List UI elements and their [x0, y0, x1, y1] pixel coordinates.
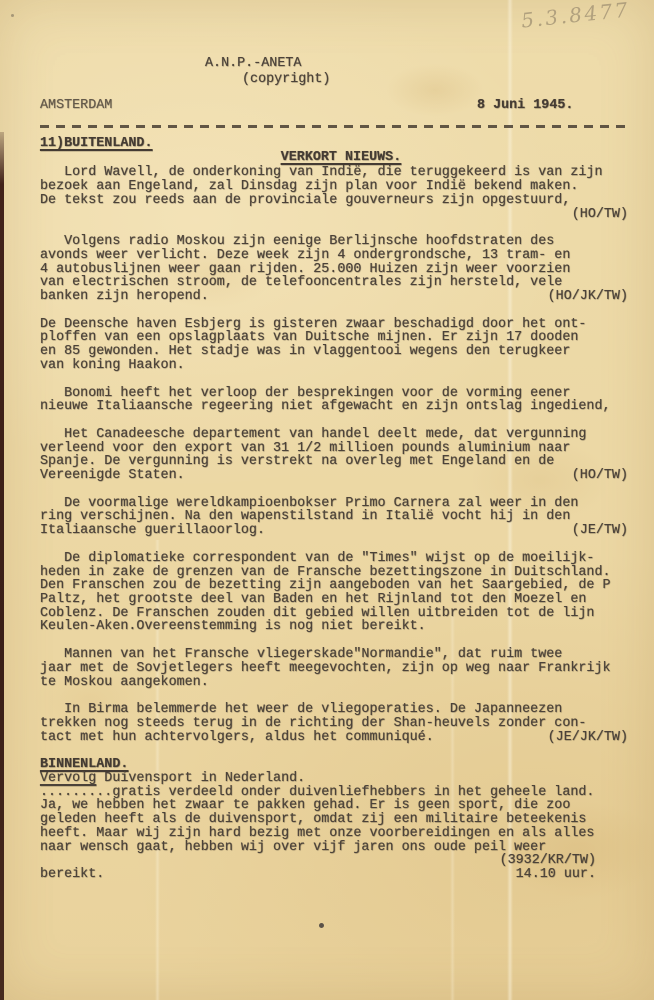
- text-line: trekken nog steeds terug in de richting …: [40, 717, 628, 731]
- source-sign: (HO/TW): [572, 469, 628, 483]
- text-line: Het Canadeesche departement van handel d…: [40, 428, 628, 442]
- text-line: banken zijn heropend.(HO/JK/TW): [40, 290, 628, 304]
- text-line: geleden heeft als de duivensport, omdat …: [40, 813, 628, 827]
- text-line: 4 autobuslijnen weer gaan rijden. 25.000…: [40, 263, 628, 277]
- text-line: Ja, we hebben het zwaar te pakken gehad.…: [40, 799, 628, 813]
- article-subheading: Vervolg Duivensport in Nederland.: [40, 772, 628, 786]
- bulletin-title: VERKORT NIEUWS.: [40, 151, 628, 165]
- news-paragraphs: Lord Wavell, de onderkoning van Indië, d…: [40, 166, 628, 744]
- paper-speck: [11, 14, 14, 17]
- text-line: De diplomatieke correspondent van de "Ti…: [40, 552, 628, 566]
- text-line: tact met hun achtervolgers, aldus het co…: [40, 731, 628, 745]
- text-line: De Deensche haven Esbjerg is gisteren zw…: [40, 318, 628, 332]
- text-line: Italiaansche guerillaoorlog.(JE/TW): [40, 524, 628, 538]
- text: banken zijn heropend.: [40, 290, 209, 304]
- news-paragraph: De Deensche haven Esbjerg is gisteren zw…: [40, 318, 628, 373]
- news-paragraph: Bonomi heeft het verloop der besprekinge…: [40, 387, 628, 414]
- domestic-section: BINNENLAND. Vervolg Duivensport in Neder…: [40, 758, 628, 881]
- paper-speck: [319, 923, 324, 928]
- news-paragraph: De diplomatieke correspondent van de "Ti…: [40, 552, 628, 634]
- dashed-separator: [40, 125, 630, 128]
- text: Vereenigde Staten.: [40, 469, 185, 483]
- dateline-date: 8 Juni 1945.: [477, 99, 573, 113]
- source-sign: (3932/KR/TW): [40, 854, 628, 868]
- section-heading-binnenland: BINNENLAND.: [40, 758, 628, 772]
- text-line: naar wensch gaat, hebben wij over vijf j…: [40, 841, 628, 855]
- news-paragraph: Mannen van het Fransche vliegerskade"Nor…: [40, 648, 628, 689]
- text-line: Volgens radio Moskou zijn eenige Berlijn…: [40, 235, 628, 249]
- section-heading-buitenland: 11)BUITENLAND.: [40, 137, 628, 151]
- text-line: ring verschijnen. Na den wapenstilstand …: [40, 510, 628, 524]
- text-line: heeft. Maar wij zijn hard bezig met onze…: [40, 827, 628, 841]
- text-line: Vereenigde Staten.(HO/TW): [40, 469, 628, 483]
- subheading-underlined-part: Vervolg: [40, 771, 96, 786]
- timestamp: 14.10 uur.: [516, 868, 628, 882]
- closing-text: bereikt.: [40, 868, 104, 882]
- news-paragraph: In Birma belemmerde het weer de vliegope…: [40, 703, 628, 744]
- text: tact met hun achtervolgers, aldus het co…: [40, 731, 434, 745]
- text-line: jaar met de Sovjetlegers heeft meegevoch…: [40, 662, 628, 676]
- text-line: De voormalige wereldkampioenbokser Primo…: [40, 497, 628, 511]
- text-line: en 85 gewonden. Het stadje was in vlagge…: [40, 345, 628, 359]
- subheading-rest: Duivensport in Nederland.: [96, 771, 305, 786]
- source-sign: (JE/TW): [572, 524, 628, 538]
- source-sign: (HO/JK/TW): [548, 290, 628, 304]
- text-line: Den Franschen zou de bezetting zijn aang…: [40, 579, 628, 593]
- text-line: nieuwe Italiaansche regeering niet afgew…: [40, 400, 628, 414]
- scan-edge: [0, 132, 4, 1000]
- text: Italiaansche guerillaoorlog.: [40, 524, 265, 538]
- agency-name: A.N.P.-ANETA: [205, 57, 301, 71]
- handwritten-archive-number: 5.3.8477: [520, 0, 631, 33]
- copyright-line: (copyright): [242, 73, 330, 87]
- text-line: Mannen van het Fransche vliegerskade"Nor…: [40, 648, 628, 662]
- news-paragraph: Volgens radio Moskou zijn eenige Berlijn…: [40, 235, 628, 304]
- text-line: Keulen-Aken.Overeenstemming is nog niet …: [40, 620, 628, 634]
- news-paragraph: De voormalige wereldkampioenbokser Primo…: [40, 497, 628, 538]
- document-body: 11)BUITENLAND. VERKORT NIEUWS. Lord Wave…: [40, 137, 628, 882]
- text-line: De tekst zou reeds aan de provinciale go…: [40, 194, 628, 208]
- text-line: van koning Haakon.: [40, 359, 628, 373]
- text-line: van electrischen stroom, de telefooncent…: [40, 276, 628, 290]
- text-line: heden in zake de grenzen van de Fransche…: [40, 566, 628, 580]
- dateline-city: AMSTERDAM: [40, 99, 112, 113]
- text-line: verleend voor den export van 31 1/2 mill…: [40, 442, 628, 456]
- source-sign: (HO/TW): [40, 208, 628, 222]
- text-line: ploffen van een opslagplaats van Duitsch…: [40, 331, 628, 345]
- text-line: te Moskou aangekomen.: [40, 676, 628, 690]
- text-line: Bonomi heeft het verloop der besprekinge…: [40, 387, 628, 401]
- source-sign: (JE/JK/TW): [548, 731, 628, 745]
- text-line: Paltz, het grootste deel van Baden en he…: [40, 593, 628, 607]
- closing-line: bereikt. 14.10 uur.: [40, 868, 628, 882]
- text-line: Spanje. De vergunning is verstrekt na ov…: [40, 455, 628, 469]
- text-line: In Birma belemmerde het weer de vliegope…: [40, 703, 628, 717]
- text-line: Coblenz. De Franschen zouden dit gebied …: [40, 607, 628, 621]
- text-line: .........gratis verdeeld onder duivenlie…: [40, 786, 628, 800]
- text-line: Lord Wavell, de onderkoning van Indië, d…: [40, 166, 628, 180]
- text-line: avonds weer verlicht. Deze week zijn 4 o…: [40, 249, 628, 263]
- news-paragraph: Het Canadeesche departement van handel d…: [40, 428, 628, 483]
- text-line: bezoek aan Engeland, zal Dinsdag zijn pl…: [40, 180, 628, 194]
- news-paragraph: Lord Wavell, de onderkoning van Indië, d…: [40, 166, 628, 221]
- domestic-lines: .........gratis verdeeld onder duivenlie…: [40, 786, 628, 855]
